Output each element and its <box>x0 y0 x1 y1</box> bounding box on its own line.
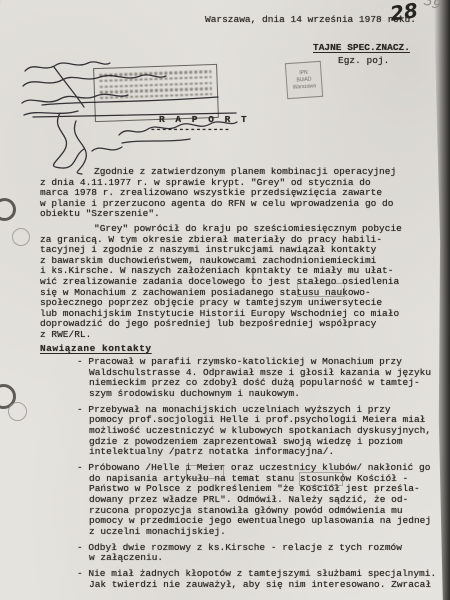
scanned-document-page: 59 28 Warszawa, dnia 14 września 1978 ro… <box>0 0 450 600</box>
list-item-article-request: - Próbowano /Helle i Meier oraz uczestni… <box>77 463 441 537</box>
date-line: Warszawa, dnia 14 września 1978 roku. <box>205 15 416 26</box>
paragraph-operation-summary: Zgodnie z zatwierdzonym planem kombinacj… <box>40 167 440 220</box>
punch-hole <box>12 228 30 246</box>
pencil-box <box>299 472 343 486</box>
pencil-box <box>186 465 224 479</box>
punch-hole-shadow <box>0 198 16 221</box>
section-heading-contacts: Nawiązane kontakty <box>40 344 152 355</box>
archive-stamp-line: BUiAD <box>296 76 311 83</box>
list-item-universities: - Przebywał na monachijskich uczelniach … <box>77 405 441 458</box>
copy-note: Egz. poj. <box>338 56 389 67</box>
archive-stamp-line: IPN <box>299 70 308 77</box>
punch-hole <box>8 402 27 421</box>
list-item-parish: - Pracował w parafii rzymsko-katolickiej… <box>77 357 441 399</box>
list-item-kirsche-talks: - Odbył dwie rozmowy z ks.Kirsche - rela… <box>77 543 441 564</box>
bullet-list: - Pracował w parafii rzymsko-katolickiej… <box>77 357 441 590</box>
paragraph-grey-return: "Grey" powrócił do kraju po sześciomiesi… <box>40 224 440 341</box>
list-item-special-services: - Nie miał żadnych kłopotów z tamtejszym… <box>77 569 441 590</box>
archive-stamp-line: Warszawa <box>293 83 317 91</box>
pencil-mark <box>252 269 254 282</box>
pencil-box <box>297 283 345 297</box>
archive-stamp: IPN BUiAD Warszawa <box>285 61 323 99</box>
report-title-underline: -------------- <box>150 125 230 136</box>
classification-marking: TAJNE SPEC.ZNACZ. <box>313 43 410 54</box>
